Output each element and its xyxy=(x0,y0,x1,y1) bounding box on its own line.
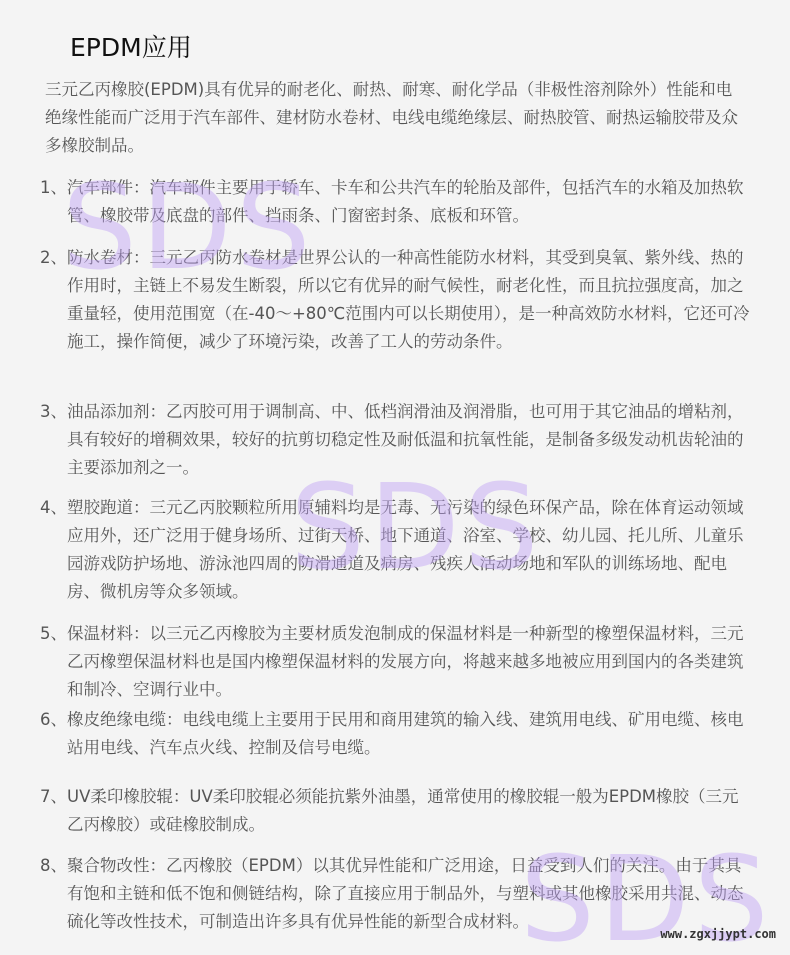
list-item-oil-additive: 3、 油品添加剂：乙丙胶可用于调制高、中、低档润滑油及润滑脂，也可用于其它油品的… xyxy=(40,398,750,482)
page-title: EPDM应用 xyxy=(70,30,192,66)
item-number: 5、 xyxy=(40,620,67,648)
item-number: 8、 xyxy=(40,852,67,880)
list-item-running-track: 4、 塑胶跑道：三元乙丙胶颗粒所用原辅料均是无毒、无污染的绿色环保产品，除在体育… xyxy=(40,494,750,606)
list-item-polymer-modification: 8、 聚合物改性：乙丙橡胶（EPDM）以其优异性能和广泛用途，日益受到人们的关注… xyxy=(40,852,750,936)
item-text: 保温材料：以三元乙丙橡胶为主要材质发泡制成的保温材料是一种新型的橡塑保温材料，三… xyxy=(67,620,750,704)
list-item-cable: 6、 橡皮绝缘电缆：电线电缆上主要用于民用和商用建筑的输入线、建筑用电线、矿用电… xyxy=(40,706,750,762)
item-number: 3、 xyxy=(40,398,67,426)
list-item-waterproof: 2、 防水卷材：三元乙丙防水卷材是世界公认的一种高性能防水材料，其受到臭氧、紫外… xyxy=(40,244,750,356)
item-text: 塑胶跑道：三元乙丙胶颗粒所用原辅料均是无毒、无污染的绿色环保产品，除在体育运动领… xyxy=(67,494,750,606)
item-number: 6、 xyxy=(40,706,67,734)
source-url-watermark: www.zgxjjypt.com xyxy=(660,927,776,941)
item-number: 2、 xyxy=(40,244,67,272)
item-text: 聚合物改性：乙丙橡胶（EPDM）以其优异性能和广泛用途，日益受到人们的关注。由于… xyxy=(67,852,750,936)
item-number: 7、 xyxy=(40,783,67,811)
item-text: 防水卷材：三元乙丙防水卷材是世界公认的一种高性能防水材料，其受到臭氧、紫外线、热… xyxy=(67,244,750,356)
item-number: 4、 xyxy=(40,494,67,522)
item-text: 橡皮绝缘电缆：电线电缆上主要用于民用和商用建筑的输入线、建筑用电线、矿用电缆、核… xyxy=(67,706,750,762)
item-number: 1、 xyxy=(40,174,67,202)
list-item-insulation: 5、 保温材料：以三元乙丙橡胶为主要材质发泡制成的保温材料是一种新型的橡塑保温材… xyxy=(40,620,750,704)
intro-paragraph: 三元乙丙橡胶(EPDM)具有优异的耐老化、耐热、耐寒、耐化学品（非极性溶剂除外）… xyxy=(45,76,745,160)
list-item-uv-roller: 7、 UV柔印橡胶辊：UV柔印胶辊必须能抗紫外油墨，通常使用的橡胶辊一般为EPD… xyxy=(40,783,750,839)
item-text: UV柔印橡胶辊：UV柔印胶辊必须能抗紫外油墨，通常使用的橡胶辊一般为EPDM橡胶… xyxy=(67,783,750,839)
item-text: 汽车部件：汽车部件主要用于轿车、卡车和公共汽车的轮胎及部件，包括汽车的水箱及加热… xyxy=(67,174,750,230)
item-text: 油品添加剂：乙丙胶可用于调制高、中、低档润滑油及润滑脂，也可用于其它油品的增粘剂… xyxy=(67,398,750,482)
list-item-automotive: 1、 汽车部件：汽车部件主要用于轿车、卡车和公共汽车的轮胎及部件，包括汽车的水箱… xyxy=(40,174,750,230)
